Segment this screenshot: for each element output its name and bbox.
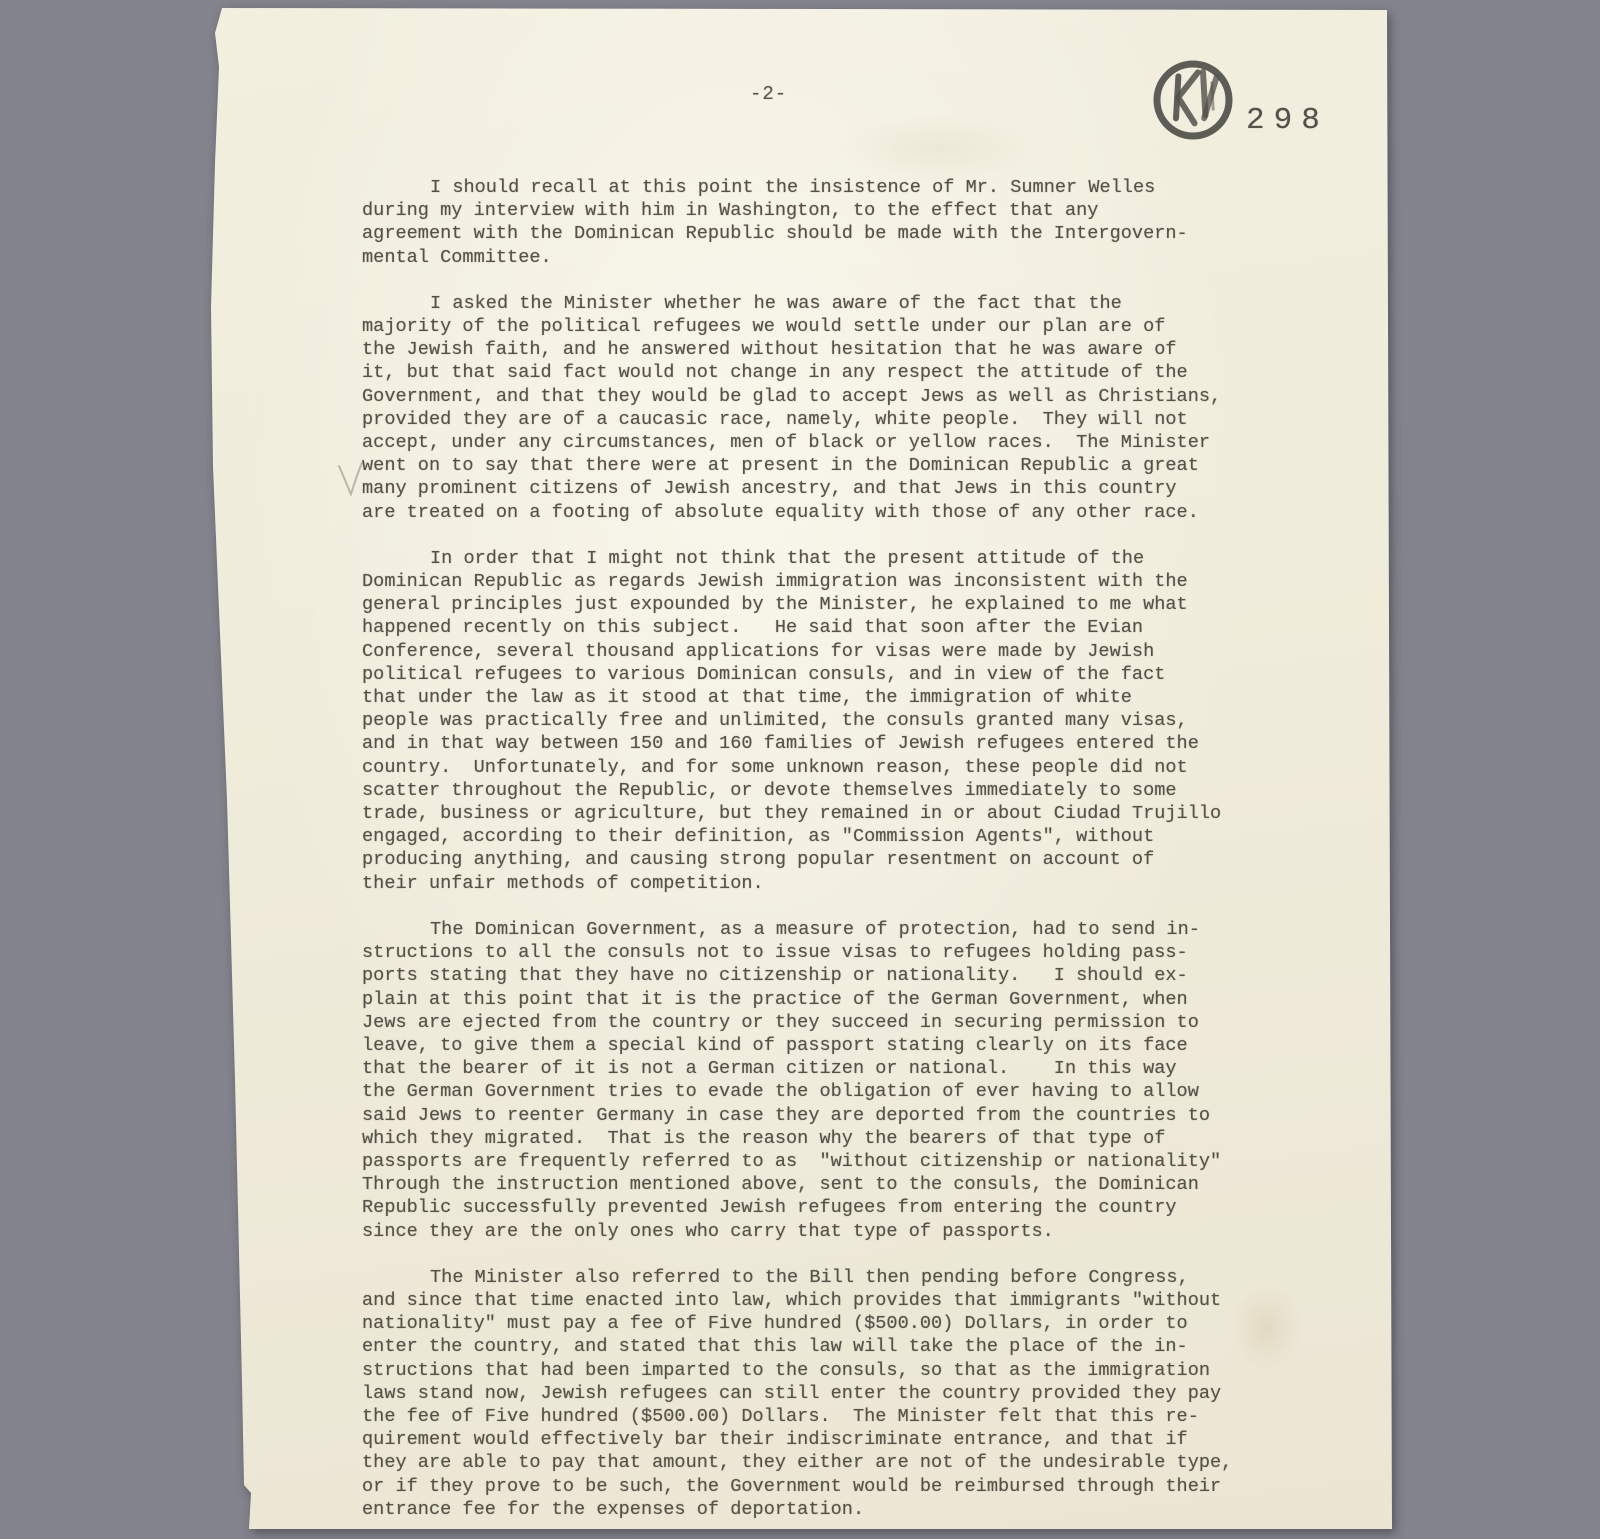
text-line: and in that way between 150 and 160 fami…: [362, 732, 1272, 755]
text-line: it, but that said fact would not change …: [362, 361, 1272, 384]
paper-stain: [838, 113, 1038, 183]
text-line: are treated on a footing of absolute equ…: [362, 501, 1272, 524]
text-line: scatter throughout the Republic, or devo…: [362, 779, 1272, 802]
text-line: said Jews to reenter Germany in case the…: [362, 1104, 1272, 1127]
text-line: passports are frequently referred to as …: [362, 1150, 1272, 1173]
paragraph: I asked the Minister whether he was awar…: [362, 292, 1272, 524]
paragraph: The Minister also referred to the Bill t…: [362, 1266, 1272, 1521]
text-line: and since that time enacted into law, wh…: [362, 1289, 1272, 1312]
text-line: mental Committee.: [362, 246, 1272, 269]
kw-monogram-stamp-icon: [1150, 57, 1236, 143]
text-line: agreement with the Dominican Republic sh…: [362, 222, 1272, 245]
text-line: many prominent citizens of Jewish ancest…: [362, 477, 1272, 500]
text-line: quirement would effectively bar their in…: [362, 1428, 1272, 1451]
text-line: political refugees to various Dominican …: [362, 663, 1272, 686]
text-line: the German Government tries to evade the…: [362, 1080, 1272, 1103]
text-line: Jews are ejected from the country or the…: [362, 1011, 1272, 1034]
text-line: provided they are of a caucasic race, na…: [362, 408, 1272, 431]
text-line: country. Unfortunately, and for some unk…: [362, 756, 1272, 779]
text-line: structions to all the consuls not to iss…: [362, 941, 1272, 964]
text-line: Conference, several thousand application…: [362, 640, 1272, 663]
paragraph: In order that I might not think that the…: [362, 547, 1272, 895]
text-line: majority of the political refugees we wo…: [362, 315, 1272, 338]
text-line: The Minister also referred to the Bill t…: [362, 1266, 1272, 1289]
text-line: accept, under any circumstances, men of …: [362, 431, 1272, 454]
document-page: -2- 298 I should recall at this: [210, 5, 1396, 1534]
text-line: that the bearer of it is not a German ci…: [362, 1057, 1272, 1080]
text-line: In order that I might not think that the…: [362, 547, 1272, 570]
paragraph: The Dominican Government, as a measure o…: [362, 918, 1272, 1243]
text-line: enter the country, and stated that this …: [362, 1335, 1272, 1358]
text-line: they are able to pay that amount, they e…: [362, 1451, 1272, 1474]
reference-number: 298: [1246, 103, 1329, 138]
text-line: happened recently on this subject. He sa…: [362, 616, 1272, 639]
text-line: since they are the only ones who carry t…: [362, 1220, 1272, 1243]
text-line: I should recall at this point the insist…: [362, 176, 1272, 199]
text-line: which they migrated. That is the reason …: [362, 1127, 1272, 1150]
text-line: went on to say that there were at presen…: [362, 454, 1272, 477]
paragraph: I should recall at this point the insist…: [362, 176, 1272, 269]
text-line: the Jewish faith, and he answered withou…: [362, 338, 1272, 361]
document-body: I should recall at this point the insist…: [362, 176, 1272, 1521]
text-line: nationality" must pay a fee of Five hund…: [362, 1312, 1272, 1335]
text-line: people was practically free and unlimite…: [362, 709, 1272, 732]
text-line: producing anything, and causing strong p…: [362, 848, 1272, 871]
paper-sheet: -2- 298 I should recall at this: [210, 5, 1396, 1534]
text-line: entrance fee for the expenses of deporta…: [362, 1498, 1272, 1521]
scan-background: -2- 298 I should recall at this: [0, 0, 1600, 1539]
page-number: -2-: [750, 83, 830, 105]
text-line: Through the instruction mentioned above,…: [362, 1173, 1272, 1196]
text-line: Republic successfully prevented Jewish r…: [362, 1196, 1272, 1219]
text-line: ports stating that they have no citizens…: [362, 964, 1272, 987]
text-line: that under the law as it stood at that t…: [362, 686, 1272, 709]
text-line: during my interview with him in Washingt…: [362, 199, 1272, 222]
pencil-check-mark-icon: [336, 460, 364, 500]
text-line: laws stand now, Jewish refugees can stil…: [362, 1382, 1272, 1405]
text-line: general principles just expounded by the…: [362, 593, 1272, 616]
text-line: The Dominican Government, as a measure o…: [362, 918, 1272, 941]
text-line: leave, to give them a special kind of pa…: [362, 1034, 1272, 1057]
text-line: plain at this point that it is the pract…: [362, 988, 1272, 1011]
text-line: or if they prove to be such, the Governm…: [362, 1475, 1272, 1498]
text-line: Dominican Republic as regards Jewish imm…: [362, 570, 1272, 593]
text-line: the fee of Five hundred ($500.00) Dollar…: [362, 1405, 1272, 1428]
text-line: structions that had been imparted to the…: [362, 1359, 1272, 1382]
text-line: trade, business or agriculture, but they…: [362, 802, 1272, 825]
text-line: engaged, according to their definition, …: [362, 825, 1272, 848]
text-line: Government, and that they would be glad …: [362, 385, 1272, 408]
text-line: I asked the Minister whether he was awar…: [362, 292, 1272, 315]
text-line: their unfair methods of competition.: [362, 872, 1272, 895]
